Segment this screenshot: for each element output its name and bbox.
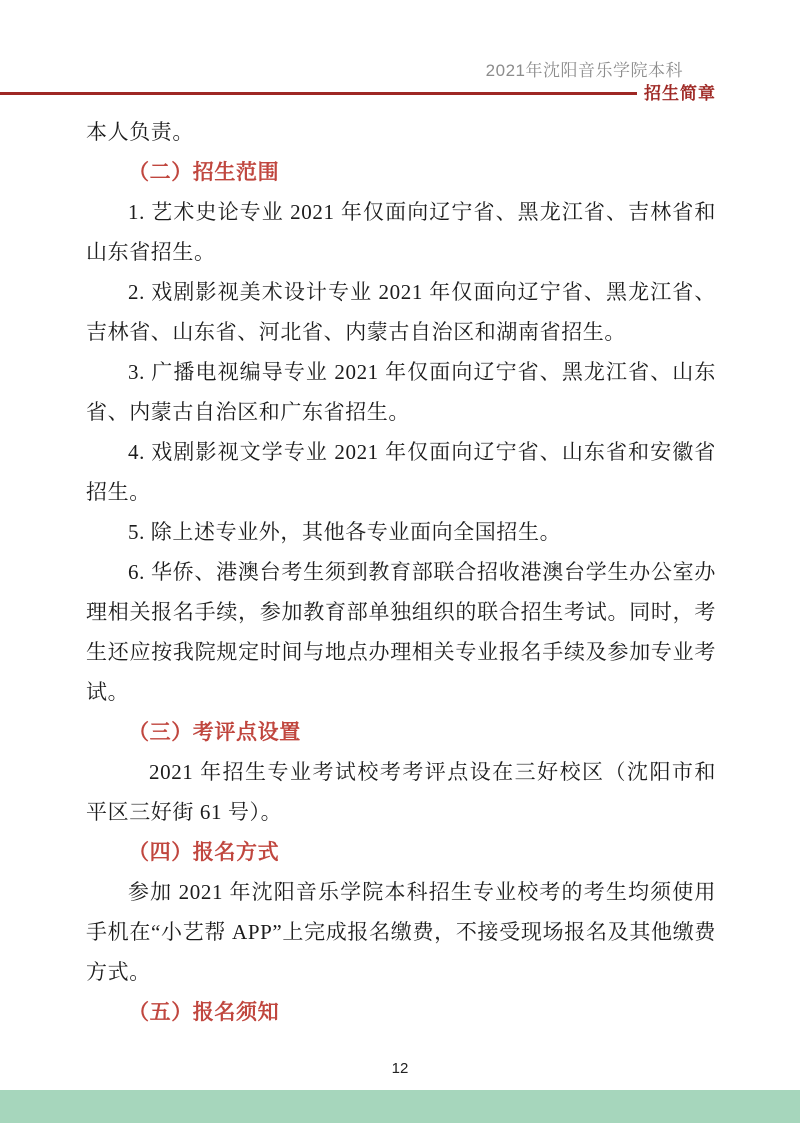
header-rule (0, 92, 637, 95)
paragraph: 2. 戏剧影视美术设计专业 2021 年仅面向辽宁省、黑龙江省、吉林省、山东省、… (86, 272, 716, 352)
paragraph: 5. 除上述专业外，其他各专业面向全国招生。 (86, 512, 716, 552)
paragraph: 参加 2021 年沈阳音乐学院本科招生专业校考的考生均须使用手机在“小艺帮 AP… (86, 872, 716, 992)
paragraph: 1. 艺术史论专业 2021 年仅面向辽宁省、黑龙江省、吉林省和山东省招生。 (86, 192, 716, 272)
paragraph: 3. 广播电视编导专业 2021 年仅面向辽宁省、黑龙江省、山东省、内蒙古自治区… (86, 352, 716, 432)
header-rule-row: 招生简章 (0, 84, 716, 103)
section-heading: （三）考评点设置 (86, 712, 716, 752)
paragraph: 6. 华侨、港澳台考生须到教育部联合招收港澳台学生办公室办理相关报名手续，参加教… (86, 552, 716, 712)
section-heading: （二）招生范围 (86, 152, 716, 192)
paragraph: 2021 年招生专业考试校考考评点设在三好校区（沈阳市和平区三好街 61 号）。 (86, 752, 716, 832)
page-number: 12 (0, 1060, 800, 1077)
section-heading: （五）报名须知 (86, 992, 716, 1032)
footer-band (0, 1090, 800, 1123)
paragraph: 本人负责。 (86, 112, 716, 152)
header-title: 2021年沈阳音乐学院本科 (486, 61, 683, 81)
paragraph: 4. 戏剧影视文学专业 2021 年仅面向辽宁省、山东省和安徽省招生。 (86, 432, 716, 512)
document-page: 2021年沈阳音乐学院本科 招生简章 本人负责。（二）招生范围1. 艺术史论专业… (0, 0, 800, 1123)
header-subtitle: 招生简章 (644, 84, 716, 103)
document-body: 本人负责。（二）招生范围1. 艺术史论专业 2021 年仅面向辽宁省、黑龙江省、… (86, 112, 716, 1032)
section-heading: （四）报名方式 (86, 832, 716, 872)
